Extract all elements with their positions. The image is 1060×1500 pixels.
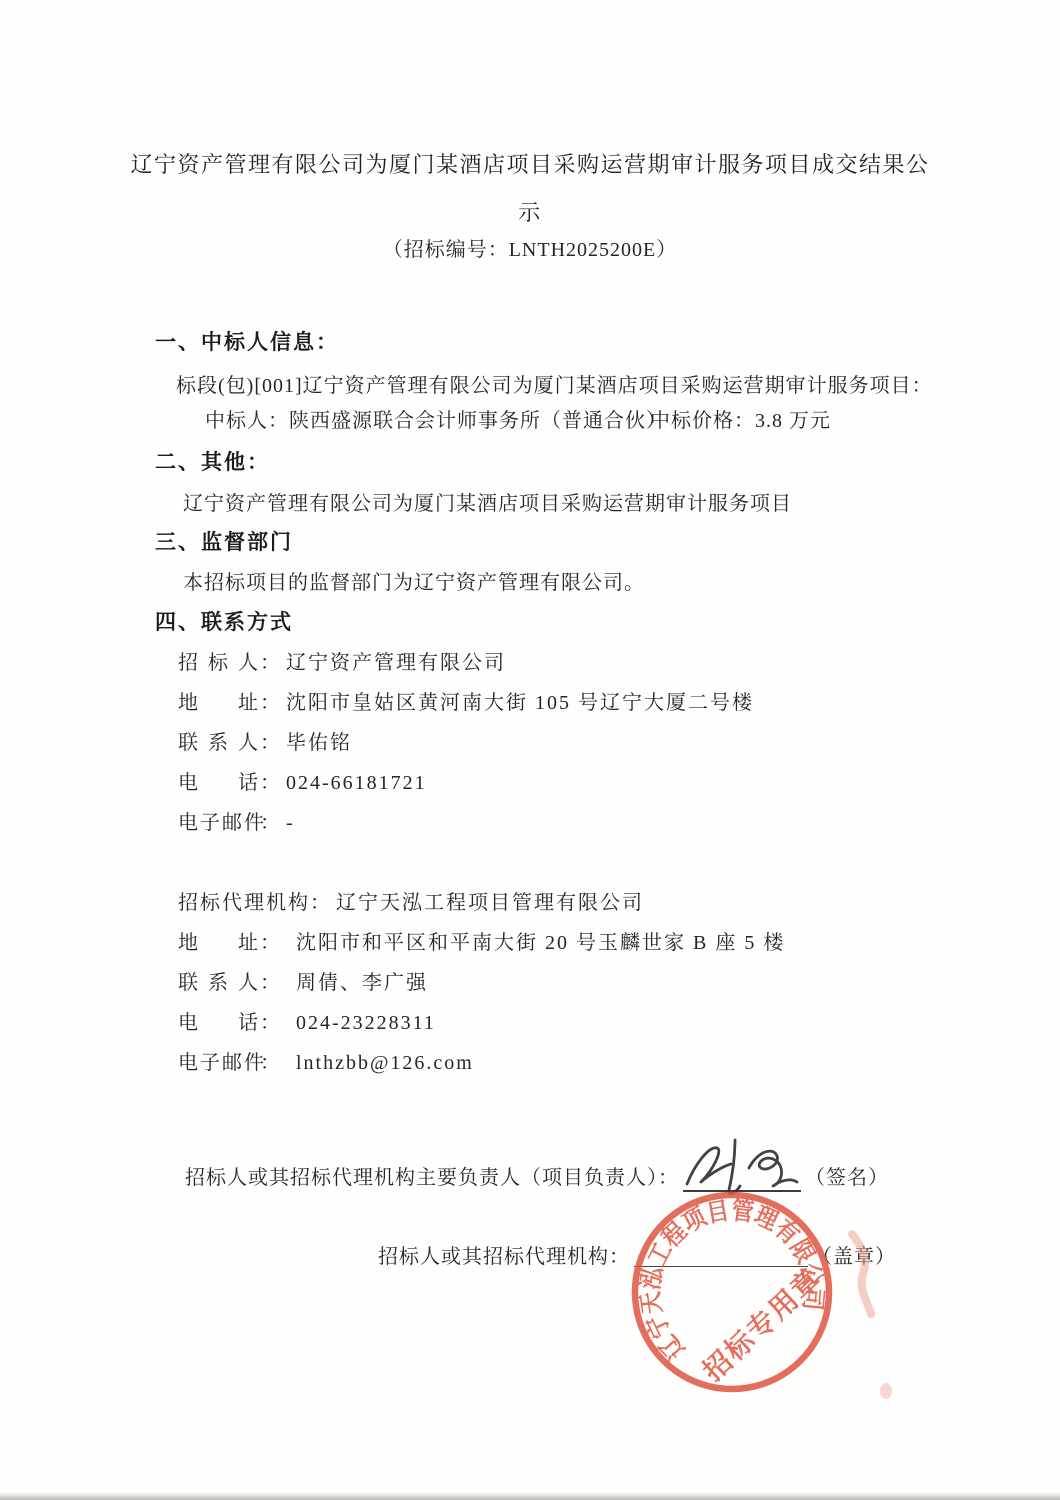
tenderer-row-contact: 联系人：毕佑铭 xyxy=(178,726,352,755)
colon: ： xyxy=(310,892,332,914)
bid-number: （招标编号：LNTH2025200E） xyxy=(0,233,1060,262)
section1-lot-line: 标段(包)[001]辽宁资产管理有限公司为厦门某酒店项目采购运营期审计服务项目： xyxy=(176,369,933,398)
colon: ： xyxy=(260,652,282,674)
row-label: 联系人 xyxy=(178,966,260,995)
document-page: 辽宁资产管理有限公司为厦门某酒店项目采购运营期审计服务项目成交结果公 示 （招标… xyxy=(0,0,1060,1500)
stamp-center-text: 招标专用章 xyxy=(696,1261,828,1387)
agency-row-phone: 电话：024-23228311 xyxy=(178,1006,436,1035)
colon: ： xyxy=(260,1052,282,1074)
row-label: 电子邮件 xyxy=(178,1046,260,1075)
org-label: 招标人或其招标代理机构： xyxy=(378,1246,630,1268)
colon: ： xyxy=(260,732,282,754)
scan-edge-artifact xyxy=(0,1492,1060,1500)
section1-heading: 一、中标人信息： xyxy=(155,326,339,356)
row-value: 辽宁天泓工程项目管理有限公司 xyxy=(336,892,644,914)
row-label: 电子邮件 xyxy=(178,806,260,835)
row-value: lnthzbb@126.com xyxy=(296,1052,474,1074)
colon: ： xyxy=(260,812,282,834)
section3-heading: 三、监督部门 xyxy=(155,526,293,556)
document-title-line2: 示 xyxy=(0,196,1060,227)
row-value: 周倩、李广强 xyxy=(296,972,428,994)
row-value: 沈阳市和平区和平南大街 20 号玉麟世家 B 座 5 楼 xyxy=(296,932,785,954)
row-label: 招标代理机构 xyxy=(178,886,310,915)
row-label: 地址 xyxy=(178,686,260,715)
agency-row-address: 地址：沈阳市和平区和平南大街 20 号玉麟世家 B 座 5 楼 xyxy=(178,926,785,955)
price-label: 中标价格： xyxy=(650,410,755,432)
red-company-stamp: 辽宁天泓工程项目管理有限公司 招标专用章 xyxy=(598,1158,866,1426)
price-value: 3.8 万元 xyxy=(755,410,831,432)
section2-heading: 二、其他： xyxy=(155,446,270,476)
row-value: 辽宁资产管理有限公司 xyxy=(286,652,506,674)
row-value: 毕佑铭 xyxy=(286,732,352,754)
row-value: 024-66181721 xyxy=(286,772,427,794)
winner-label: 中标人： xyxy=(205,410,289,432)
ink-dot xyxy=(876,1380,896,1402)
colon: ： xyxy=(260,772,282,794)
agency-row-email: 电子邮件：lnthzbb@126.com xyxy=(178,1046,474,1075)
colon: ： xyxy=(260,1012,282,1034)
row-label: 电话 xyxy=(178,1006,260,1035)
row-label: 联系人 xyxy=(178,726,260,755)
tenderer-row-email: 电子邮件：- xyxy=(178,806,295,835)
tenderer-row-phone: 电话：024-66181721 xyxy=(178,766,427,795)
row-label: 地址 xyxy=(178,926,260,955)
document-title-line1: 辽宁资产管理有限公司为厦门某酒店项目采购运营期审计服务项目成交结果公 xyxy=(0,148,1060,179)
section3-body: 本招标项目的监督部门为辽宁资产管理有限公司。 xyxy=(183,566,645,595)
section2-body: 辽宁资产管理有限公司为厦门某酒店项目采购运营期审计服务项目 xyxy=(183,487,792,516)
section4-heading: 四、联系方式 xyxy=(155,606,293,636)
agency-row-contact: 联系人：周倩、李广强 xyxy=(178,966,428,995)
section1-winner-line: 中标人：陕西盛源联合会计师事务所（普通合伙） xyxy=(205,404,667,433)
row-label: 招标人 xyxy=(178,646,260,675)
winner-value: 陕西盛源联合会计师事务所（普通合伙） xyxy=(289,410,667,432)
colon: ： xyxy=(260,972,282,994)
row-value: 沈阳市皇姑区黄河南大街 105 号辽宁大厦二号楼 xyxy=(286,692,754,714)
section1-price-line: 中标价格：3.8 万元 xyxy=(650,404,831,433)
row-label: 电话 xyxy=(178,766,260,795)
tenderer-row-address: 地址：沈阳市皇姑区黄河南大街 105 号辽宁大厦二号楼 xyxy=(178,686,754,715)
row-value: - xyxy=(286,812,295,834)
row-value: 024-23228311 xyxy=(296,1012,436,1034)
agency-row-name: 招标代理机构：辽宁天泓工程项目管理有限公司 xyxy=(178,886,644,915)
colon: ： xyxy=(260,692,282,714)
tenderer-row-name: 招标人：辽宁资产管理有限公司 xyxy=(178,646,506,675)
stamp-smudge xyxy=(840,1228,880,1324)
colon: ： xyxy=(260,932,282,954)
